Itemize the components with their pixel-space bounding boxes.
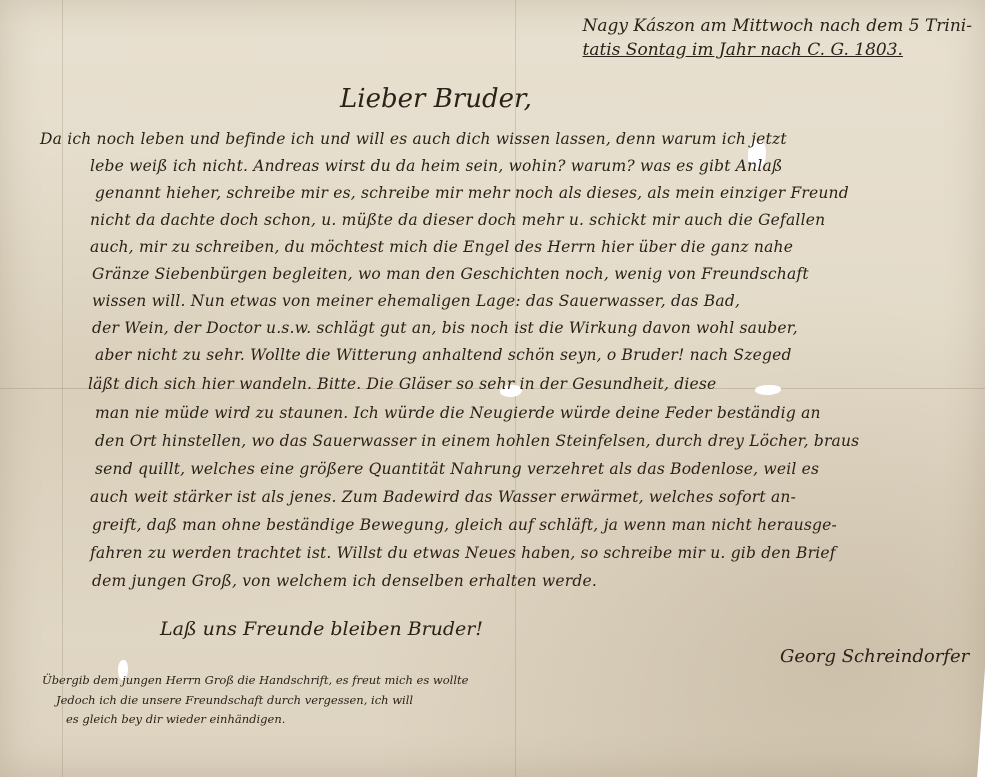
body-line: auch weit stärker ist als jenes. Zum Bad… [90,488,796,506]
postscript-line: Jedoch ich die unsere Freundschaft durch… [56,693,413,707]
body-line: den Ort hinstellen, wo das Sauerwasser i… [95,432,859,450]
body-line: wissen will. Nun etwas von meiner ehemal… [92,292,740,310]
body-line: fahren zu werden trachtet ist. Willst du… [90,544,836,562]
body-line: der Wein, der Doctor u.s.w. schlägt gut … [92,319,798,337]
body-line: send quillt, welches eine größere Quanti… [95,460,819,478]
letter-header: Nagy Kászon am Mittwoch nach dem 5 Trini… [582,14,972,62]
body-line: läßt dich sich hier wandeln. Bitte. Die … [88,375,716,393]
body-line: greift, daß man ohne beständige Bewegung… [92,516,837,534]
header-place-date-line2: tatis Sontag im Jahr nach C. G. 1803. [582,38,972,62]
body-line: Gränze Siebenbürgen begleiten, wo man de… [92,265,809,283]
body-line: man nie müde wird zu staunen. Ich würde … [95,404,821,422]
body-line: genannt hieher, schreibe mir es, schreib… [95,184,849,202]
header-place-date-line1: Nagy Kászon am Mittwoch nach dem 5 Trini… [582,14,972,38]
body-line: dem jungen Groß, von welchem ich denselb… [92,572,597,590]
body-line: nicht da dachte doch schon, u. müßte da … [90,211,825,229]
postscript-line: es gleich bey dir wieder einhändigen. [66,712,285,726]
salutation: Lieber Bruder, [340,84,532,114]
closing-line: Laß uns Freunde bleiben Bruder! [160,618,483,640]
body-line: Da ich noch leben und befinde ich und wi… [40,130,787,148]
body-line: aber nicht zu sehr. Wollte die Witterung… [95,346,792,364]
postscript-line: Übergib dem jungen Herrn Groß die Handsc… [42,673,468,687]
body-line: auch, mir zu schreiben, du möchtest mich… [90,238,793,256]
signature: Georg Schreindorfer [780,646,969,667]
body-line: lebe weiß ich nicht. Andreas wirst du da… [90,157,783,175]
